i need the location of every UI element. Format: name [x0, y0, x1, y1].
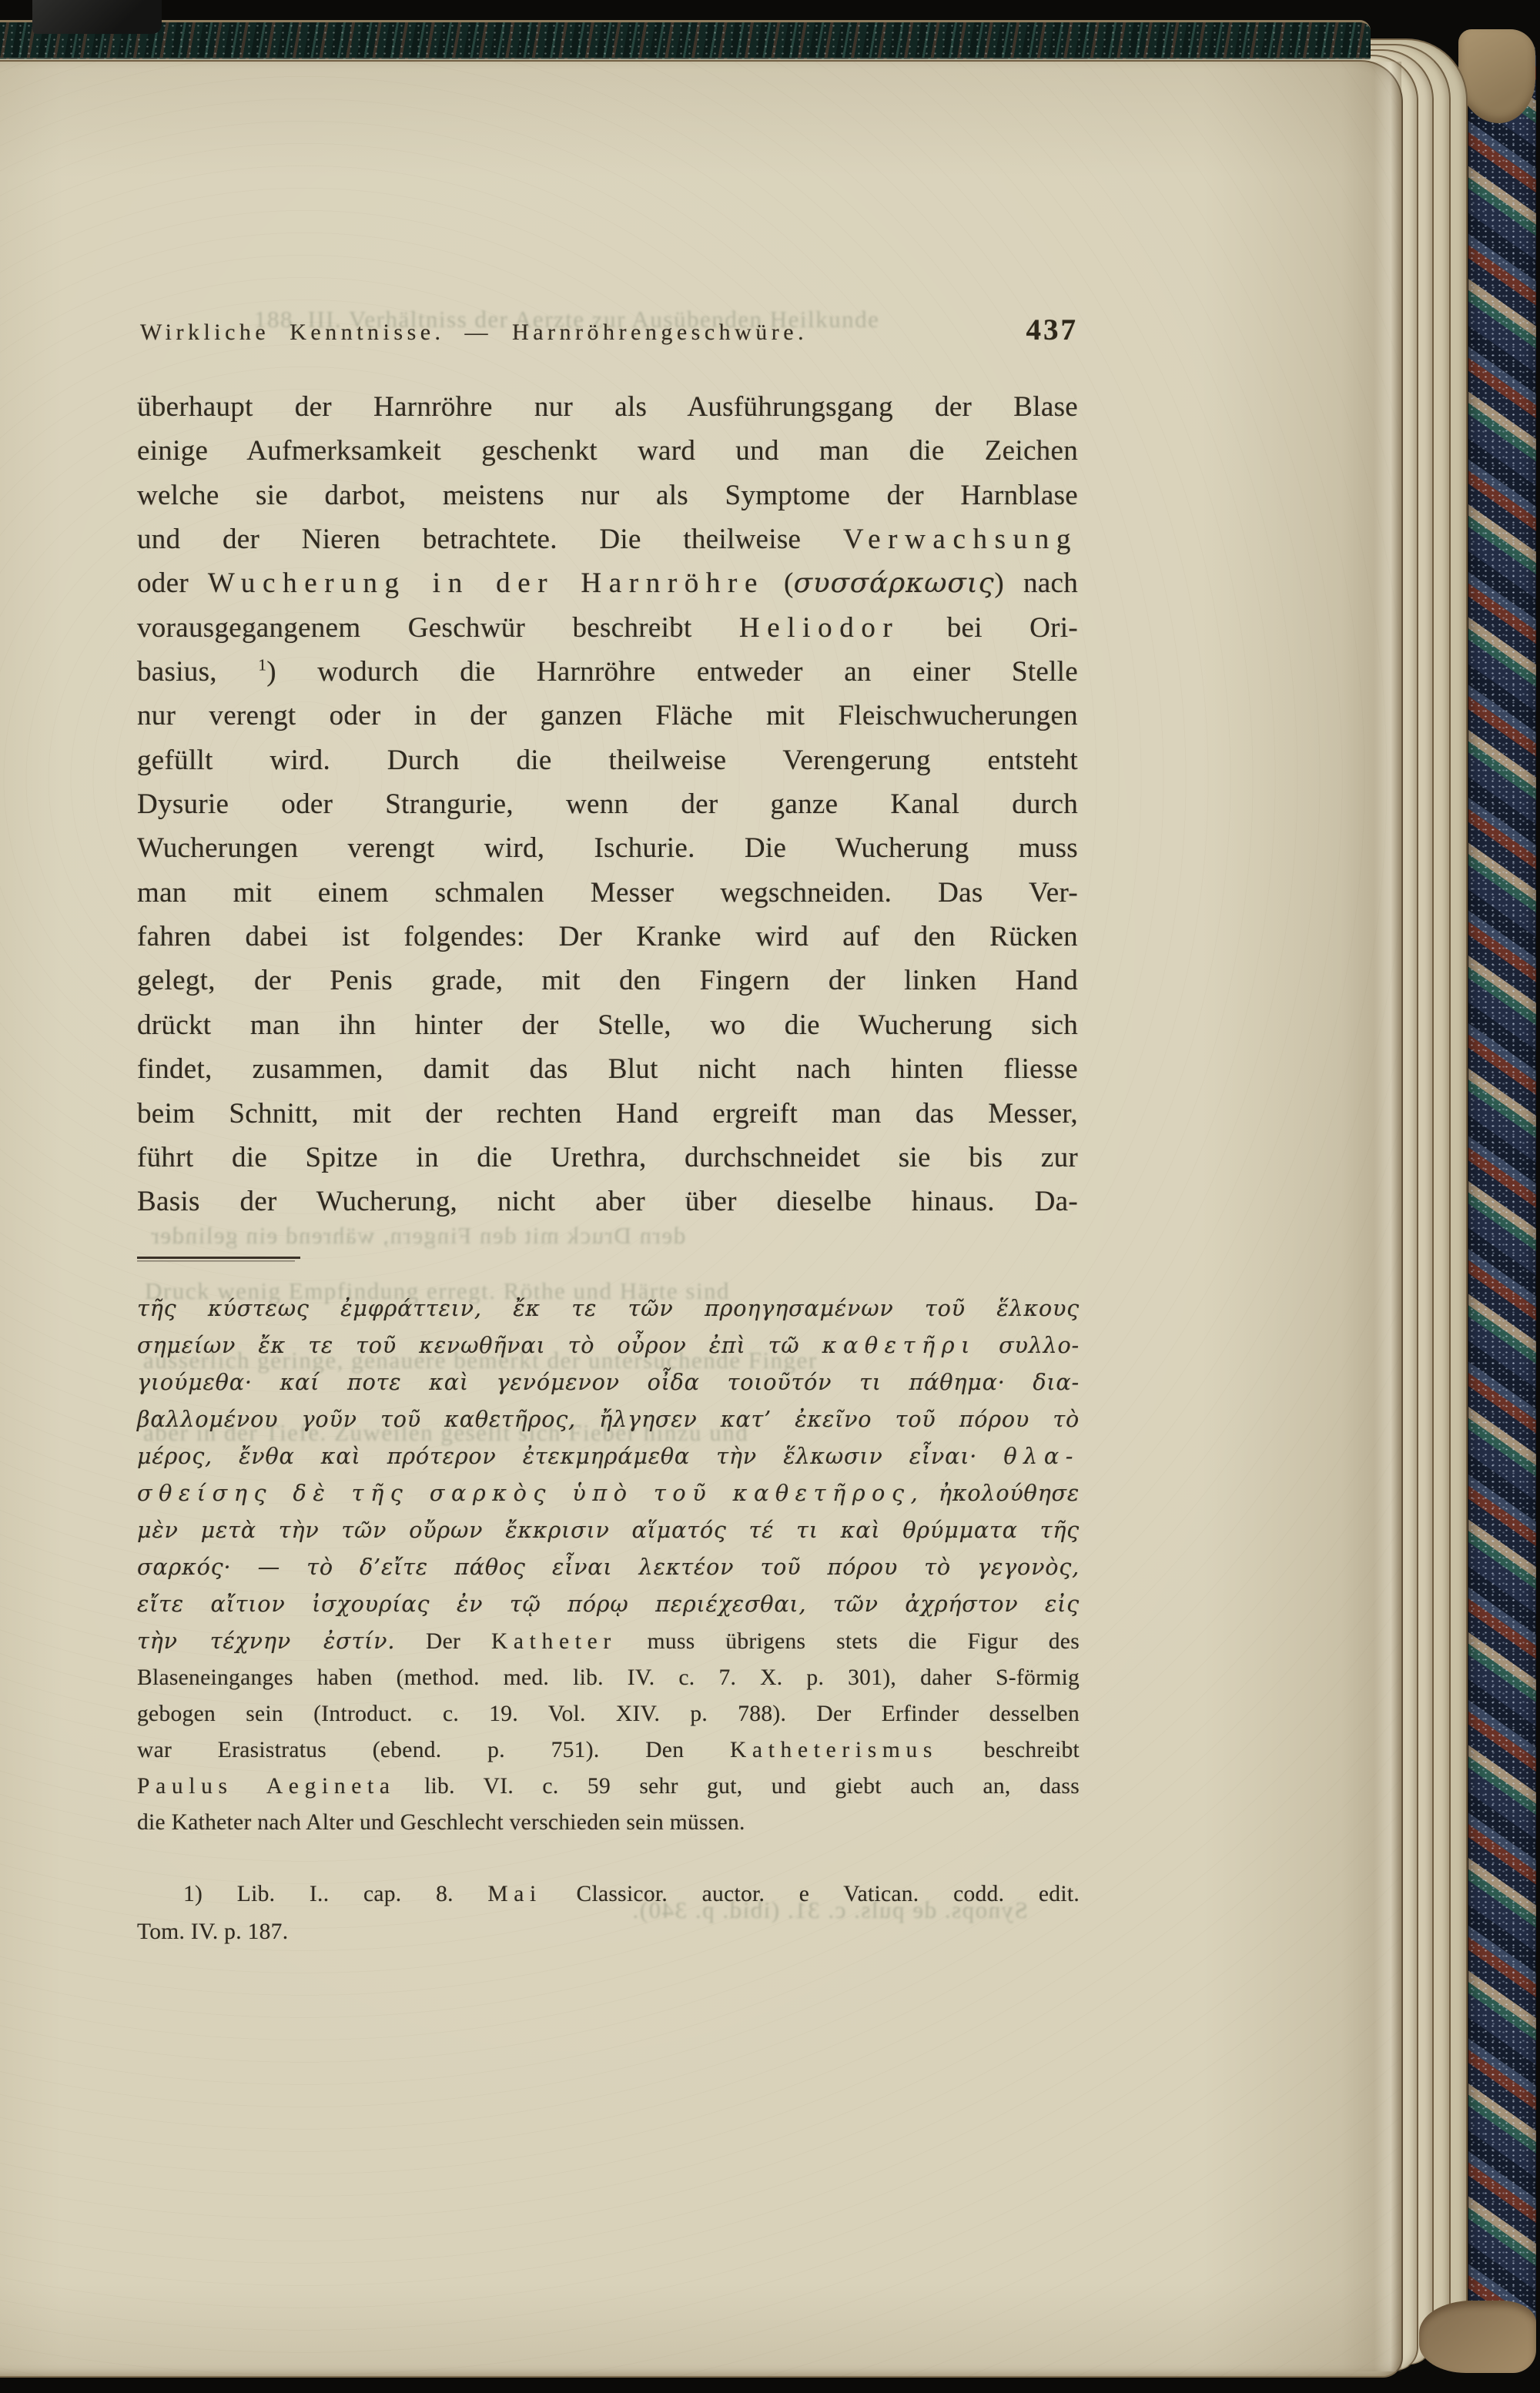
greek-text-segment: σαρκός· — τὸ δ’εἴτε πάθος εἶναι λεκτέον …	[137, 1554, 1080, 1580]
text-segment: findet, zusammen, damit das Blut nicht n…	[137, 1053, 1078, 1085]
text-segment: Heliodor	[739, 612, 899, 644]
text-segment: Dysurie oder Strangurie, wenn der ganze …	[137, 788, 1078, 820]
footnote-text-block: τῆς κύστεως ἐμφράττειν, ἔκ τε τῶν προηγη…	[137, 1290, 1080, 1841]
text-line: Basis der Wucherung, nicht aber über die…	[137, 1180, 1078, 1223]
text-line: τὴν τέχνην ἐστίν. Der Katheter muss übri…	[137, 1623, 1080, 1660]
text-line: Dysurie oder Strangurie, wenn der ganze …	[137, 782, 1078, 826]
greek-text-segment: μέρος, ἔνθα καὶ πρότερον ἐτεκμηράμεθα τὴ…	[137, 1443, 1003, 1469]
text-segment: Classicor. auctor. e Vatican. codd. edit…	[542, 1882, 1080, 1906]
text-segment: Wucherungen verengt wird, Ischurie. Die …	[137, 832, 1078, 864]
text-line: Paulus Aegineta lib. VI. c. 59 sehr gut,…	[137, 1769, 1080, 1805]
greek-text-segment: βαλλομένου γοῦν τοῦ καθετῆρος, ἤλγησεν κ…	[137, 1406, 1080, 1432]
text-line: γιούμεθα· καί ποτε καὶ γενόμενον οἶδα το…	[137, 1364, 1080, 1401]
text-line: vorausgegangenem Geschwür beschreibt Hel…	[137, 606, 1078, 650]
text-line: einige Aufmerksamkeit geschenkt ward und…	[137, 429, 1078, 473]
text-segment: bei Ori-	[899, 612, 1078, 644]
text-line: σθείσης δὲ τῆς σαρκὸς ὑπὸ τοῦ καθετῆρος,…	[137, 1475, 1080, 1512]
page-content: Wirkliche Kenntnisse. — Harnröhrengeschw…	[0, 0, 1540, 2393]
text-line: fahren dabei ist folgendes: Der Kranke w…	[137, 915, 1078, 959]
text-segment: beim Schnitt, mit der rechten Hand ergre…	[137, 1098, 1078, 1130]
text-line: nur verengt oder in der ganzen Fläche mi…	[137, 694, 1078, 738]
text-segment: Mai	[487, 1882, 542, 1906]
text-line: findet, zusammen, damit das Blut nicht n…	[137, 1047, 1078, 1091]
text-segment: Katheterismus	[730, 1738, 938, 1762]
book-scan-page: 188. III. Verhältniss der Aerzte zur Aus…	[0, 0, 1540, 2393]
text-segment: und der Nieren betrachtete. Die theilwei…	[137, 524, 843, 555]
text-segment: drückt man ihn hinter der Stelle, wo die…	[137, 1009, 1078, 1041]
text-segment: 1) Lib. I.. cap. 8.	[183, 1882, 487, 1906]
greek-text-segment: συλλο-	[976, 1332, 1080, 1358]
greek-text-segment: ἠκολούθησε	[924, 1480, 1080, 1506]
text-line: drückt man ihn hinter der Stelle, wo die…	[137, 1003, 1078, 1047]
greek-text-segment: θλα-	[1003, 1443, 1080, 1469]
text-line: basius, 1) wodurch die Harnröhre entwede…	[137, 650, 1078, 694]
citation-note-block: 1) Lib. I.. cap. 8. Mai Classicor. aucto…	[137, 1876, 1080, 1951]
text-segment: einige Aufmerksamkeit geschenkt ward und…	[137, 435, 1078, 467]
text-line: oder Wucherung in der Harnröhre (συσσάρκ…	[137, 561, 1078, 605]
text-segment: gelegt, der Penis grade, mit den Fingern…	[137, 965, 1078, 996]
greek-text-segment: σημείων ἔκ τε τοῦ κενωθῆναι τὸ οὖρον ἐπὶ…	[137, 1332, 822, 1358]
text-line: gebogen sein (Introduct. c. 19. Vol. XIV…	[137, 1696, 1080, 1732]
greek-text-segment: σθείσης δὲ τῆς σαρκὸς ὑπὸ τοῦ καθετῆρος,	[137, 1480, 924, 1506]
text-segment: war Erasistratus (ebend. p. 751). Den	[137, 1738, 730, 1762]
text-segment: gebogen sein (Introduct. c. 19. Vol. XIV…	[137, 1702, 1080, 1726]
text-segment: ) wodurch die Harnröhre entweder an eine…	[266, 656, 1078, 688]
footnote-separator	[137, 1257, 300, 1262]
greek-text-segment: συσσάρκωσις	[794, 567, 995, 599]
text-segment: Verwachsung	[843, 524, 1078, 555]
text-line: die Katheter nach Alter und Geschlecht v…	[137, 1805, 1080, 1841]
text-line: Tom. IV. p. 187.	[137, 1913, 1080, 1951]
text-segment: nur verengt oder in der ganzen Fläche mi…	[137, 700, 1078, 731]
text-segment: Blaseneinganges haben (method. med. lib.…	[137, 1665, 1080, 1690]
text-segment: beschreibt	[938, 1738, 1080, 1762]
text-segment: Tom. IV. p. 187.	[137, 1919, 288, 1944]
text-line: man mit einem schmalen Messer wegschneid…	[137, 871, 1078, 915]
text-segment: oder	[137, 567, 208, 599]
text-segment: gefüllt wird. Durch die theilweise Veren…	[137, 745, 1078, 776]
text-segment: Katheter	[491, 1629, 617, 1654]
text-line: gefüllt wird. Durch die theilweise Veren…	[137, 738, 1078, 782]
text-segment: Paulus Aegineta	[137, 1774, 396, 1799]
text-line: gelegt, der Penis grade, mit den Fingern…	[137, 959, 1078, 1002]
text-segment: basius,	[137, 656, 258, 688]
greek-text-segment: τῆς κύστεως ἐμφράττειν, ἔκ τε τῶν προηγη…	[137, 1295, 1080, 1321]
text-line: überhaupt der Harnröhre nur als Ausführu…	[137, 385, 1078, 429]
greek-text-segment: τὴν τέχνην ἐστίν.	[137, 1628, 395, 1654]
greek-text-segment: μὲν μετὰ τὴν τῶν οὔρων ἔκκρισιν αἵματός …	[137, 1517, 1080, 1543]
text-segment: fahren dabei ist folgendes: Der Kranke w…	[137, 921, 1078, 952]
text-segment: Basis der Wucherung, nicht aber über die…	[137, 1186, 1078, 1217]
text-line: führt die Spitze in die Urethra, durchsc…	[137, 1136, 1078, 1180]
running-title: Wirkliche Kenntnisse. — Harnröhrengeschw…	[140, 320, 808, 346]
text-segment: vorausgegangenem Geschwür beschreibt	[137, 612, 739, 644]
text-line: βαλλομένου γοῦν τοῦ καθετῆρος, ἤλγησεν κ…	[137, 1401, 1080, 1438]
text-line: Wucherungen verengt wird, Ischurie. Die …	[137, 826, 1078, 870]
page-number: 437	[1026, 313, 1079, 347]
text-line: war Erasistratus (ebend. p. 751). Den Ka…	[137, 1732, 1080, 1769]
text-line: τῆς κύστεως ἐμφράττειν, ἔκ τε τῶν προηγη…	[137, 1290, 1080, 1327]
text-line: Blaseneinganges haben (method. med. lib.…	[137, 1660, 1080, 1696]
greek-text-segment: γιούμεθα· καί ποτε καὶ γενόμενον οἶδα το…	[137, 1369, 1080, 1395]
text-segment: man mit einem schmalen Messer wegschneid…	[137, 877, 1078, 909]
greek-text-segment: καθετῆρι	[822, 1332, 976, 1358]
text-line: μὲν μετὰ τὴν τῶν οὔρων ἔκκρισιν αἵματός …	[137, 1512, 1080, 1549]
text-segment: die Katheter nach Alter und Geschlecht v…	[137, 1810, 745, 1835]
text-segment: muss übrigens stets die Figur des	[617, 1629, 1080, 1654]
text-line: σαρκός· — τὸ δ’εἴτε πάθος εἶναι λεκτέον …	[137, 1549, 1080, 1586]
text-segment: welche sie darbot, meistens nur als Symp…	[137, 480, 1078, 511]
text-segment: (	[765, 567, 794, 599]
greek-text-segment: εἴτε αἴτιον ἰσχουρίας ἐν τῷ πόρῳ περιέχε…	[137, 1591, 1080, 1617]
text-line: welche sie darbot, meistens nur als Symp…	[137, 474, 1078, 517]
text-segment: lib. VI. c. 59 sehr gut, und giebt auch …	[396, 1774, 1080, 1799]
text-segment: 1	[258, 656, 266, 674]
text-line: σημείων ἔκ τε τοῦ κενωθῆναι τὸ οὖρον ἐπὶ…	[137, 1327, 1080, 1364]
text-segment: überhaupt der Harnröhre nur als Ausführu…	[137, 391, 1078, 423]
text-segment: Der	[395, 1629, 491, 1654]
text-line: und der Nieren betrachtete. Die theilwei…	[137, 517, 1078, 561]
text-segment: Wucherung in der Harnröhre	[208, 567, 765, 599]
text-line: beim Schnitt, mit der rechten Hand ergre…	[137, 1092, 1078, 1136]
running-head: Wirkliche Kenntnisse. — Harnröhrengeschw…	[140, 313, 1078, 348]
text-line: 1) Lib. I.. cap. 8. Mai Classicor. aucto…	[137, 1876, 1080, 1913]
text-segment: ) nach	[994, 567, 1078, 599]
main-text-block: überhaupt der Harnröhre nur als Ausführu…	[137, 385, 1078, 1224]
text-line: μέρος, ἔνθα καὶ πρότερον ἐτεκμηράμεθα τὴ…	[137, 1438, 1080, 1475]
text-segment: führt die Spitze in die Urethra, durchsc…	[137, 1142, 1078, 1173]
text-line: εἴτε αἴτιον ἰσχουρίας ἐν τῷ πόρῳ περιέχε…	[137, 1586, 1080, 1623]
